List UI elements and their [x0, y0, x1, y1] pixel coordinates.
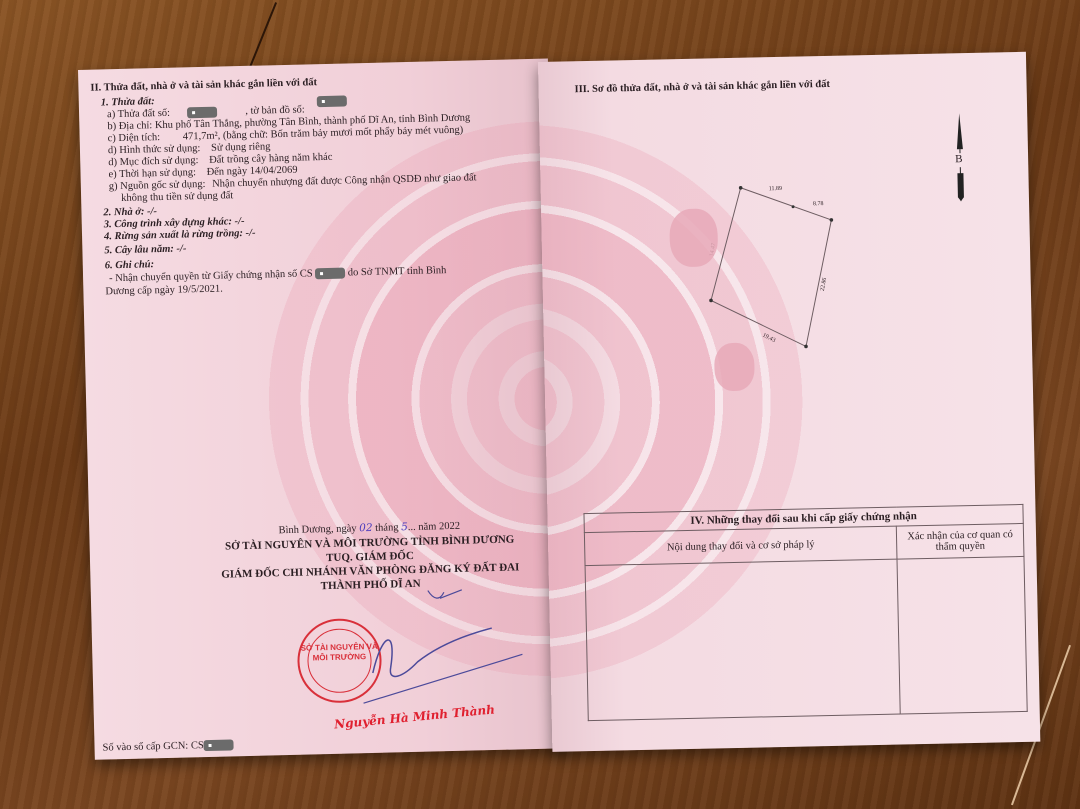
plot-dimension: 11.89 — [769, 183, 783, 196]
authority-confirmation-cell — [897, 556, 1027, 714]
item-production-forest-value: -/- — [245, 228, 255, 239]
item-production-forest-label: 4. Rừng sản xuất là rừng trồng: — [104, 228, 243, 242]
item-perennial-trees-value: -/- — [176, 243, 186, 254]
section-title: II. Thửa đất, nhà ở và tài sản khác gắn … — [90, 76, 317, 95]
changes-table: IV. Những thay đổi sau khi cấp giấy chứn… — [583, 504, 1027, 721]
redaction-blur — [714, 343, 755, 392]
notes-line1-suffix: do Sở TNMT tỉnh Bình — [348, 265, 447, 278]
certificate-left-page: II. Thửa đất, nhà ở và tài sản khác gắn … — [78, 59, 565, 760]
date-year-label: năm — [418, 521, 436, 532]
origin-value-line2: không thu tiền sử dụng đất — [121, 189, 233, 205]
item-house-value: -/- — [147, 206, 157, 217]
notes-line1: - Nhận chuyển quyền từ Giấy chứng nhận s… — [109, 264, 447, 285]
registry-label: Số vào sổ cấp GCN: CS — [102, 740, 203, 753]
date-month: 5 — [401, 521, 408, 533]
certificate-right-page: III. Sơ đồ thửa đất, nhà ở và tài sản kh… — [538, 52, 1040, 752]
diagram-section-title: III. Sơ đồ thửa đất, nhà ở và tài sản kh… — [574, 78, 830, 96]
plot-dimension: 22.86 — [817, 277, 832, 293]
item-perennial-trees-label: 5. Cây lâu năm: — [104, 244, 174, 257]
notes-certificate-redacted — [315, 268, 345, 280]
redaction-blur — [669, 208, 718, 267]
date-year: 2022 — [439, 521, 460, 533]
map-sheet-redacted — [317, 96, 347, 108]
north-label: B — [955, 153, 963, 166]
notes-heading: 6. Ghi chú: — [105, 258, 155, 272]
change-content-cell — [585, 559, 900, 721]
item-other-construction-value: -/- — [234, 216, 244, 227]
initial-mark — [426, 586, 466, 607]
item-production-forest: 4. Rừng sản xuất là rừng trồng: -/- — [104, 227, 256, 244]
date-prefix: Bình Dương, ngày — [278, 523, 356, 536]
column-header-authority-confirmation: Xác nhận của cơ quan có thẩm quyền — [897, 523, 1024, 559]
date-month-label: tháng — [375, 522, 399, 534]
item-perennial-trees: 5. Cây lâu năm: -/- — [104, 242, 186, 257]
signature-block: Bình Dương, ngày 02 tháng 5... năm 2022 … — [189, 517, 551, 597]
plot-dimension: 8.78 — [813, 198, 824, 211]
date-day: 02 — [359, 522, 373, 534]
handwritten-signature — [342, 619, 544, 714]
table-wood-crack — [249, 2, 277, 68]
registry-redacted — [204, 739, 234, 751]
parcel-number-redacted — [187, 107, 217, 119]
notes-line2: Dương cấp ngày 19/5/2021. — [105, 283, 223, 299]
registry-number: Số vào sổ cấp GCN: CS — [102, 738, 233, 754]
bronze-drum-watermark — [259, 112, 564, 686]
